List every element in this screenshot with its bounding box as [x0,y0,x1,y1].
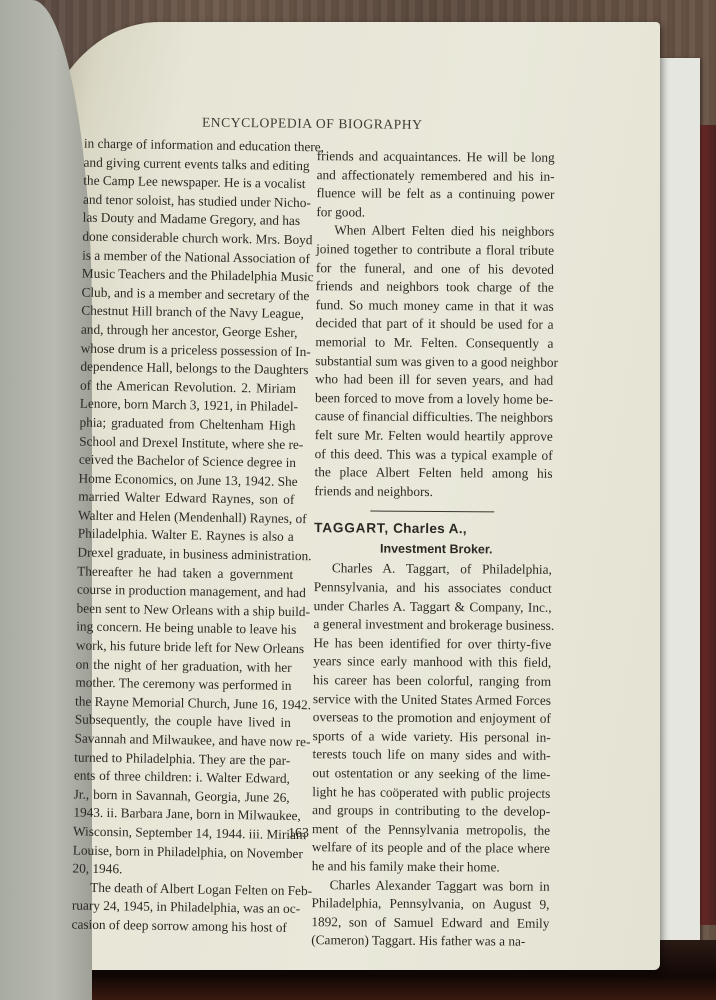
text-line: ment of the Pennsylvania metropolis, the [312,820,550,840]
text-line: who had been ill for seven years, and ha… [315,370,553,390]
text-line: Charles Alexander Taggart was born in [312,876,550,896]
text-line: When Albert Felten died his neighbors [316,222,554,242]
text-line: out ostentation or any seeking of the li… [312,764,550,784]
text-line: 1892, son of Samuel Edward and Emily [311,913,549,933]
text-line: friends and acquaintances. He will be lo… [317,147,555,167]
running-head: ENCYCLOPEDIA OF BIOGRAPHY [202,115,462,134]
text-line: for good. [316,203,554,223]
text-line: his career has been colorful, ranging fr… [313,671,551,691]
text-line: under Charles A. Taggart & Company, Inc.… [314,597,552,617]
text-line: the place Albert Felten held among his [314,463,552,483]
text-line: substantial sum was given to a good neig… [315,352,553,372]
text-line: decided that part of it should be used f… [316,315,554,335]
right-column: friends and acquaintances. He will be lo… [311,147,555,952]
text-line: memorial to Mr. Felten. Consequently a [315,333,553,353]
taggart-entry-body: Charles A. Taggart, of Philadelphia,Penn… [311,560,552,952]
text-line: sports of a wide variety. His personal i… [313,727,551,747]
text-line: overseas to the promotion and enjoyment … [313,708,551,728]
text-line: He has been identified for over thirty-f… [313,634,551,654]
left-column: in charge of information and education t… [71,135,300,938]
text-line: and groups in contributing to the develo… [312,801,550,821]
entry-heading: TAGGART, Charles A., [314,519,552,539]
text-line: joined together to contribute a floral t… [316,240,554,260]
text-line: welfare of its people and of the place w… [312,839,550,859]
text-line: cause of financial difficulties. The nei… [315,407,553,427]
text-line: (Cameron) Taggart. His father was a na- [311,932,549,952]
text-line: light he has coöperated with public proj… [312,783,550,803]
text-line: he and his family make their home. [312,857,550,877]
felten-entry-continuation: friends and acquaintances. He will be lo… [314,147,554,502]
text-line: friends and neighbors took charge of the [316,277,554,297]
text-line: Pennsylvania, and his associates conduct [314,578,552,598]
text-line: fund. So much money came in that it was [316,296,554,316]
text-line: and affectionately remembered and his in… [317,166,555,186]
text-line: friends and neighbors. [314,482,552,502]
text-line: a general investment and brokerage busin… [313,615,551,635]
text-line: for the funeral, and one of his devoted [316,259,554,279]
entry-given-name: Charles A., [393,521,467,537]
text-line: casion of deep sorrow among his host of [71,915,287,937]
page-number: 163 [288,826,309,842]
text-line: years since early manhood with this fiel… [313,653,551,673]
entry-surname: TAGGART, [314,520,389,536]
text-line: been forced to move from a lovely home b… [315,389,553,409]
text-line: Charles A. Taggart, of Philadelphia, [314,560,552,580]
text-line: fluence will be felt as a continuing pow… [316,184,554,204]
text-line: of this deed. This was a typical example… [315,445,553,465]
text-line: service with the United States Armed For… [313,690,551,710]
text-line: terests touch life on many sides and wit… [312,746,550,766]
entry-divider-rule [370,511,494,513]
text-line: felt sure Mr. Felten would heartily appr… [315,426,553,446]
entry-occupation: Investment Broker. [314,539,552,559]
text-line: Philadelphia, Pennsylvania, on August 9, [311,894,549,914]
